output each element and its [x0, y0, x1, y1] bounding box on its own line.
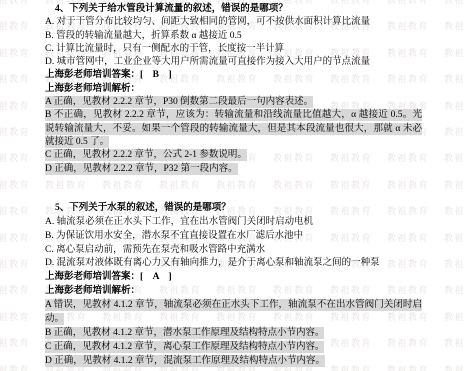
document-page: 教祖教育教祖教育教祖教育教祖教育教祖教育教祖教育教祖教育教祖教育教祖教育教祖教育… [0, 0, 465, 371]
watermark-text: 教祖教育 [0, 0, 30, 6]
question-block-4: 4、下列关于给水管段计算流量的叙述，错误的是哪项？ A. 对于干管分布比较均匀、… [45, 3, 422, 176]
question-5-option-c: C. 离心泵启动前，需预先在泵壳和吸水管路中充满水 [45, 244, 422, 258]
watermark-text: 教祖教育 [0, 363, 30, 371]
watermark-text: 教祖教育 [444, 178, 465, 191]
watermark-text: 教祖教育 [444, 0, 465, 6]
question-4-answer-line: 上海彭老师培训答案：[ B ] [45, 69, 422, 82]
watermark-text: 教祖教育 [0, 204, 30, 217]
watermark-text: 教祖教育 [444, 125, 465, 138]
highlighted-text: A 错误，见教材 4.1.2 章节，轴流泵必须在正水头下工作，轴流泵不在出水管阀… [45, 299, 422, 325]
watermark-text: 教祖教育 [0, 257, 30, 270]
watermark-text: 教祖教育 [0, 72, 30, 85]
question-5-analysis-c: C 正确，见教材 4.1.2 章节，离心泵工作原理及结构特点小节内容。 [45, 341, 422, 355]
highlighted-text: B 不正确，见教材 2.2.2 章节，应该为：转输流量和沿线流量比值越大，α 越… [45, 109, 422, 148]
question-4-answer-value: [ B ] [140, 70, 172, 80]
question-4-analysis-b: B 不正确，见教材 2.2.2 章节，应该为：转输流量和沿线流量比值越大，α 越… [45, 109, 422, 149]
highlighted-text: B 正确，见教材 4.1.2 章节，潜水泵工作原理及结构特点小节内容。 [45, 327, 324, 339]
document-content: 4、下列关于给水管段计算流量的叙述，错误的是哪项？ A. 对于干管分布比较均匀、… [45, 3, 422, 369]
watermark-text: 教祖教育 [0, 46, 30, 59]
question-5-option-a: A. 轴流泵必须在正水头下工作，宜在出水管阀门关闭时启动电机 [45, 216, 422, 230]
question-4-option-a: A. 对于干管分布比较均匀、间距大致相同的管网，可不按供水面积计算比流量 [45, 16, 422, 29]
question-4-option-c: C. 计算比流量时，只有一侧配水的干管，长度按一半计算 [45, 43, 422, 56]
watermark-text: 教祖教育 [444, 19, 465, 32]
question-4-analysis-a: A 正确，见教材 2.2.2 章节，P30 倒数第二段最后一句内容表述。 [45, 96, 422, 109]
question-4-title: 4、下列关于给水管段计算流量的叙述，错误的是哪项？ [45, 3, 422, 16]
watermark-text: 教祖教育 [0, 19, 30, 32]
question-block-5: 5、下列关于水泵的叙述，错误的是哪项？ A. 轴流泵必须在正水头下工作，宜在出水… [45, 202, 422, 369]
question-5-option-d: D. 混流泵对液体既有离心力又有轴向推力，是介于离心泵和轴流泵之间的一种泵 [45, 257, 422, 271]
question-4-option-b: B. 管段的转输流量越大，折算系数 α 越接近 0.5 [45, 30, 422, 43]
watermark-text: 教祖教育 [444, 72, 465, 85]
watermark-text: 教祖教育 [0, 283, 30, 296]
watermark-text: 教祖教育 [0, 231, 30, 244]
highlighted-text: D 正确，见教材 4.1.2 章节，混流泵工作原理及结构特点小节内容。 [45, 355, 325, 367]
question-5-answer-line: 上海彭老师培训答案：[ A ] [45, 271, 422, 285]
question-5-answer-label: 上海彭老师培训答案： [45, 272, 140, 282]
watermark-text: 教祖教育 [444, 151, 465, 164]
watermark-text: 教祖教育 [444, 204, 465, 217]
watermark-text: 教祖教育 [0, 310, 30, 323]
watermark-text: 教祖教育 [0, 178, 30, 191]
question-5-option-b: B. 为保证饮用水安全，潜水泵不宜直接设置在水厂滤后水池中 [45, 230, 422, 244]
question-5-analysis-a: A 错误，见教材 4.1.2 章节，轴流泵必须在正水头下工作，轴流泵不在出水管阀… [45, 299, 422, 327]
watermark-text: 教祖教育 [0, 151, 30, 164]
watermark-text: 教祖教育 [444, 363, 465, 371]
watermark-text: 教祖教育 [444, 231, 465, 244]
watermark-text: 教祖教育 [444, 257, 465, 270]
question-5-answer-value: [ A ] [140, 272, 172, 282]
question-5-analysis-label: 上海彭老师培训解析： [45, 285, 422, 299]
question-4-analysis-label: 上海彭老师培训解析： [45, 83, 422, 96]
watermark-text: 教祖教育 [0, 125, 30, 138]
question-5-analysis-b: B 正确，见教材 4.1.2 章节，潜水泵工作原理及结构特点小节内容。 [45, 327, 422, 341]
highlighted-text: A 正确，见教材 2.2.2 章节，P30 倒数第二段最后一句内容表述。 [45, 96, 313, 108]
highlighted-text: D 正确，见教材 2.2.2 章节，P32 第一段内容。 [45, 163, 238, 175]
question-5-title: 5、下列关于水泵的叙述，错误的是哪项？ [45, 202, 422, 216]
watermark-text: 教祖教育 [444, 336, 465, 349]
highlighted-text: C 正确，见教材 4.1.2 章节，离心泵工作原理及结构特点小节内容。 [45, 341, 324, 353]
watermark-text: 教祖教育 [0, 336, 30, 349]
watermark-text: 教祖教育 [444, 46, 465, 59]
watermark-text: 教祖教育 [444, 99, 465, 112]
question-4-answer-label: 上海彭老师培训答案： [45, 70, 140, 80]
question-4-analysis-c: C 正确，见教材 2.2.2 章节，公式 2-1 参数说明。 [45, 149, 422, 162]
watermark-text: 教祖教育 [444, 310, 465, 323]
question-4-analysis-d: D 正确，见教材 2.2.2 章节，P32 第一段内容。 [45, 163, 422, 176]
question-5-analysis-d: D 正确，见教材 4.1.2 章节，混流泵工作原理及结构特点小节内容。 [45, 355, 422, 369]
question-4-option-d: D. 城市管网中，工业企业等大用户所需流量可直接作为接入大用户的节点流量 [45, 56, 422, 69]
watermark-text: 教祖教育 [0, 99, 30, 112]
highlighted-text: C 正确，见教材 2.2.2 章节，公式 2-1 参数说明。 [45, 149, 247, 161]
watermark-text: 教祖教育 [444, 283, 465, 296]
